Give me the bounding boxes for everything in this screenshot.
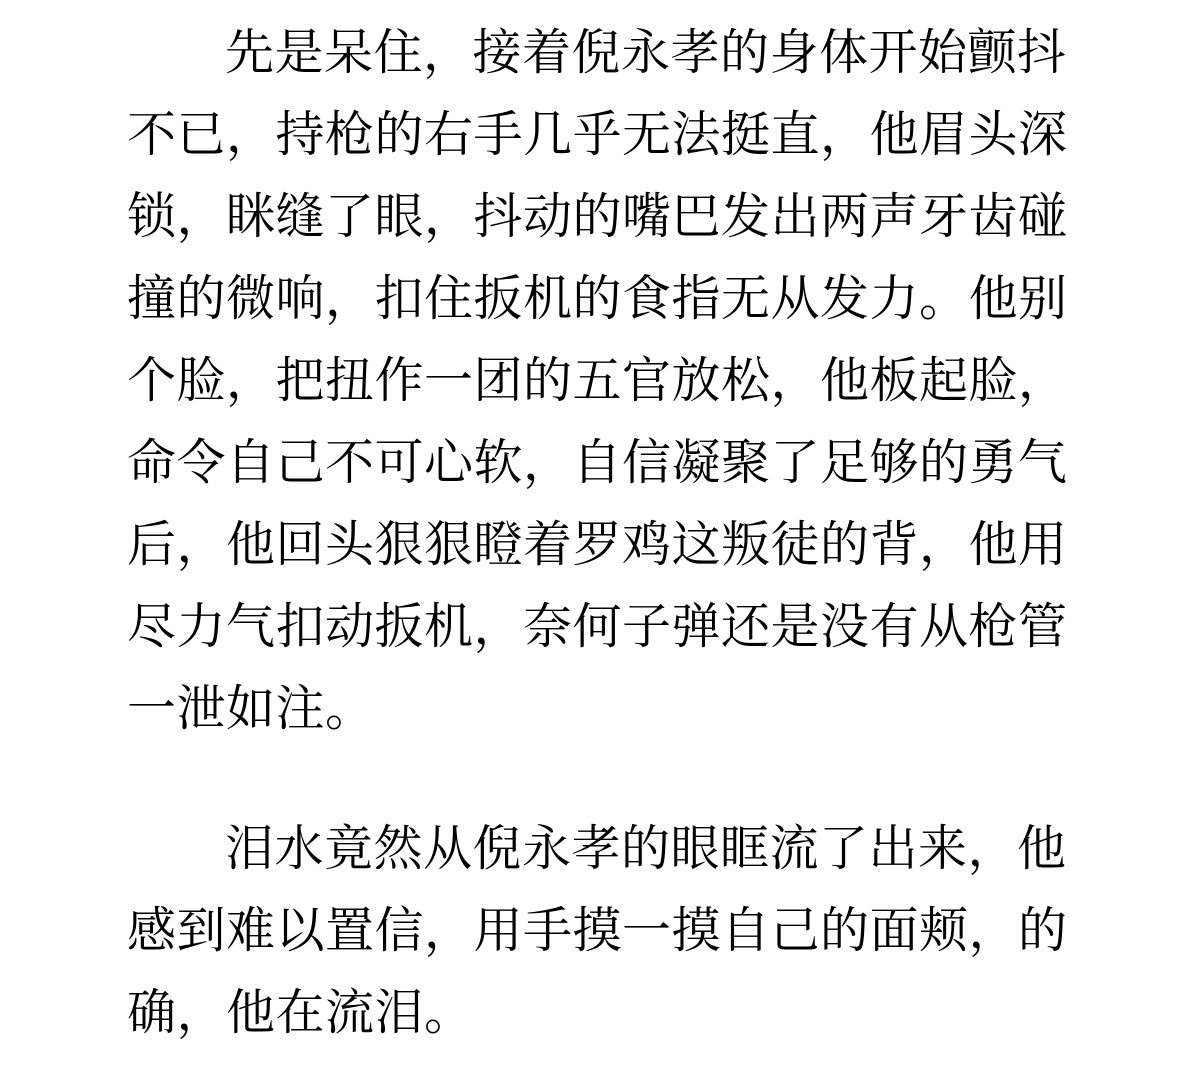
text-line: 泪水竟然从倪永孝的眼眶流了出来，他 xyxy=(127,808,1179,890)
text-line: 个脸，把扭作一团的五官放松，他板起脸， xyxy=(127,340,1179,422)
text-line: 尽力气扣动扳机，奈何子弹还是没有从枪管 xyxy=(127,586,1179,668)
text-line: 不已，持枪的右手几乎无法挺直，他眉头深 xyxy=(127,94,1179,176)
text-line: 感到难以置信，用手摸一摸自己的面颊，的 xyxy=(127,890,1179,972)
document-page: 先是呆住，接着倪永孝的身体开始颤抖 不已，持枪的右手几乎无法挺直，他眉头深 锁，… xyxy=(0,0,1179,1084)
text-line: 一泄如注。 xyxy=(127,668,1179,750)
text-line: 后，他回头狠狠瞪着罗鸡这叛徒的背，他用 xyxy=(127,504,1179,586)
text-line: 确，他在流泪。 xyxy=(127,972,1179,1054)
paragraph-2: 泪水竟然从倪永孝的眼眶流了出来，他 感到难以置信，用手摸一摸自己的面颊，的 确，… xyxy=(127,808,1179,1054)
paragraph-1: 先是呆住，接着倪永孝的身体开始颤抖 不已，持枪的右手几乎无法挺直，他眉头深 锁，… xyxy=(127,12,1179,750)
text-line: 撞的微响，扣住扳机的食指无从发力。他别 xyxy=(127,258,1179,340)
text-line: 先是呆住，接着倪永孝的身体开始颤抖 xyxy=(127,12,1179,94)
text-line: 锁，眯缝了眼，抖动的嘴巴发出两声牙齿碰 xyxy=(127,176,1179,258)
text-line: 命令自己不可心软，自信凝聚了足够的勇气 xyxy=(127,422,1179,504)
